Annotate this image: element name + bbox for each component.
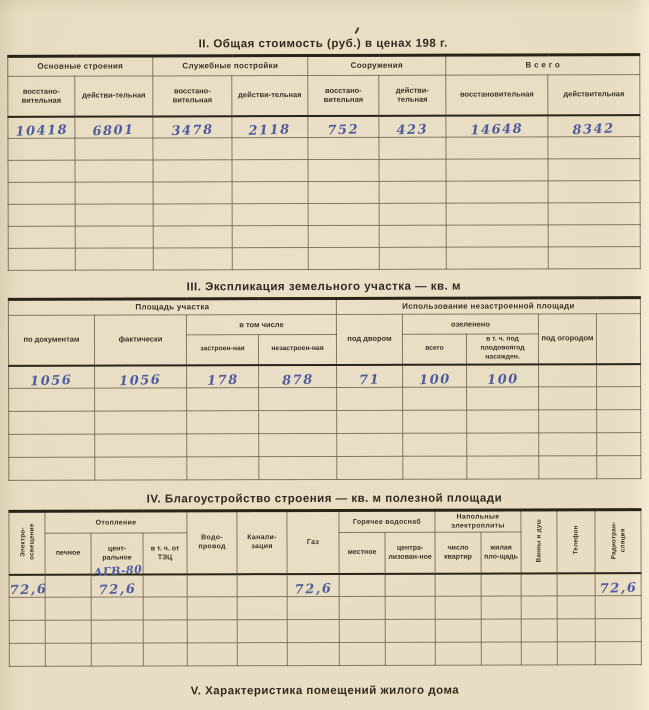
cell [385, 619, 435, 642]
cell [385, 573, 435, 596]
group-heating: Отопление [45, 511, 187, 534]
cell [237, 597, 287, 620]
cell [232, 226, 308, 248]
cell [467, 456, 539, 479]
cell [557, 642, 595, 665]
cell [153, 160, 232, 182]
handwritten-value: 752 [327, 122, 359, 138]
col-local: местное [339, 533, 385, 574]
cell [237, 574, 287, 597]
handwritten-value: 72,6 [9, 582, 47, 598]
cell [95, 411, 187, 434]
cell [446, 159, 548, 181]
group-service-buildings: Служебные постройки [153, 56, 308, 76]
group-unbuilt-use: Использование незастроенной площади [336, 298, 640, 315]
group-header-row: Площадь участка Использование незастроен… [8, 298, 640, 316]
cell [75, 226, 153, 248]
cell [9, 620, 45, 643]
group-header-row: Электро-освещение Отопление Водо-провод … [9, 510, 641, 534]
cell [91, 597, 143, 620]
empty-row [8, 137, 640, 161]
cell [597, 456, 641, 479]
col-header: действи-тельная [379, 75, 446, 115]
cell [75, 204, 153, 226]
col-bath-shower: Ванны и душ [521, 510, 557, 573]
empty-row [9, 387, 641, 412]
handwritten-value: 1056 [119, 373, 162, 390]
col-sewerage: Канали-зация [237, 511, 287, 574]
cell [379, 225, 446, 247]
cell [435, 596, 481, 619]
empty-row [9, 433, 641, 458]
cell [259, 433, 337, 456]
cell [187, 574, 237, 597]
empty-row [9, 456, 641, 481]
empty-row [9, 410, 641, 435]
cell [539, 456, 597, 479]
cell [153, 138, 232, 160]
col-under-yard: под двором [336, 314, 402, 364]
section3-title: III. Экспликация земельного участка — кв… [8, 269, 640, 298]
vertical-label: Телефон [571, 513, 580, 567]
cell [187, 388, 259, 411]
col-total: всего [402, 334, 466, 364]
group-greened: озеленено [402, 314, 538, 334]
mid-header-row: по документам фактически в том числе под… [8, 314, 640, 336]
col-water-supply: Водо-провод [187, 511, 237, 574]
col-header: действи-тельная [75, 76, 153, 116]
col-orchard: в т. ч. под плодовоягод насажден. [466, 334, 538, 364]
group-electric-stoves: Напольные электроплиты [435, 510, 521, 532]
cell [446, 137, 548, 159]
cell [8, 182, 75, 204]
col-header: восстано-вительная [8, 76, 75, 116]
handwritten-value: 6801 [93, 123, 136, 140]
cell [557, 596, 595, 619]
cell [481, 573, 521, 596]
cell [95, 434, 187, 457]
cell [287, 643, 339, 666]
cell: 100 [467, 364, 539, 387]
cell [446, 181, 548, 203]
cell [9, 643, 45, 666]
cell [379, 137, 446, 159]
col-header: действи-тельная [232, 76, 308, 116]
section5-title: V. Характеристика помещений жилого дома [9, 665, 641, 698]
cell [187, 411, 259, 434]
cell [9, 434, 95, 457]
cell [595, 642, 641, 665]
cell [153, 248, 232, 270]
vertical-label: Ванны и душ [534, 513, 543, 567]
cell [403, 456, 467, 479]
cell [467, 410, 539, 433]
cell [337, 387, 403, 410]
cell [337, 410, 403, 433]
cell [548, 159, 640, 181]
cell [379, 203, 446, 225]
cell [548, 247, 640, 269]
cell: 71 [337, 364, 403, 387]
col-from-tec: в т. ч. от ТЭЦ [143, 533, 187, 574]
cell [548, 181, 640, 203]
cell [75, 160, 153, 182]
sub-header-row: восстано-вительная действи-тельная восст… [8, 75, 640, 117]
cell [521, 573, 557, 596]
cell [339, 620, 385, 643]
cell [481, 596, 521, 619]
cell [385, 596, 435, 619]
cell [539, 387, 597, 410]
col-electric-lighting: Электро-освещение [9, 511, 45, 574]
cell [446, 247, 548, 269]
col-header: восстано-вительная [153, 76, 232, 116]
cell [337, 456, 403, 479]
cell [232, 204, 308, 226]
cell [8, 160, 75, 182]
cell [45, 574, 91, 597]
cell [259, 410, 337, 433]
handwritten-value: 3478 [171, 123, 214, 140]
cell [187, 457, 259, 480]
group-including: в том числе [186, 314, 336, 334]
cell [95, 457, 187, 480]
cell [521, 619, 557, 642]
cell [557, 619, 595, 642]
section2-title: II. Общая стоимость (руб.) в ценах 198 г… [7, 0, 639, 55]
cell [548, 225, 640, 247]
handwritten-value: 72,6 [294, 582, 332, 598]
col-header: действительная [548, 75, 640, 115]
cell: 423 [379, 115, 446, 137]
handwritten-value: 8342 [573, 122, 616, 139]
handwritten-value: 423 [396, 122, 428, 138]
cell [9, 411, 95, 434]
cell [75, 248, 153, 270]
cell [259, 387, 337, 410]
cell [95, 388, 187, 411]
cell [232, 138, 308, 160]
empty-row [9, 619, 641, 644]
cell [9, 388, 95, 411]
col-actual: фактически [94, 315, 186, 365]
cell [308, 247, 379, 269]
cell [75, 182, 153, 204]
col-built-up: застроен-ная [186, 335, 258, 365]
group-header-row: Основные строения Служебные постройки Со… [8, 55, 640, 77]
cell [539, 433, 597, 456]
cell [337, 433, 403, 456]
land-plot-table: Площадь участка Использование незастроен… [8, 296, 641, 481]
cell [521, 596, 557, 619]
cell [287, 597, 339, 620]
cell [308, 159, 379, 181]
cell [548, 203, 640, 225]
empty-row [8, 159, 640, 183]
cell: 878 [259, 364, 337, 387]
cell [308, 137, 379, 159]
cell [539, 364, 597, 387]
cell [45, 643, 91, 666]
empty-row [9, 596, 641, 621]
cell [597, 364, 641, 387]
cell [597, 410, 641, 433]
cell: 8342 [548, 115, 640, 137]
cell: 1056 [95, 365, 187, 388]
cell [75, 138, 153, 160]
cell [557, 573, 595, 596]
cell [467, 387, 539, 410]
cell [153, 204, 232, 226]
cell [435, 573, 481, 596]
vertical-label: Радиотран-сляция [609, 513, 627, 567]
cell [259, 456, 337, 479]
cell [379, 181, 446, 203]
cell [339, 643, 385, 666]
handwritten-value: 878 [282, 372, 314, 388]
empty-row [8, 181, 640, 205]
vertical-label: Электро-освещение [18, 515, 36, 569]
cell [143, 620, 187, 643]
cell [481, 642, 521, 665]
col-by-documents: по документам [8, 315, 94, 365]
col-central-heating-label: цент-ральное [102, 545, 131, 561]
form-content: II. Общая стоимость (руб.) в ценах 198 г… [7, 0, 641, 698]
cell: 10418 [8, 116, 75, 138]
cell [339, 574, 385, 597]
cell [446, 203, 548, 225]
col-living-area: жилая пло-щадь [481, 532, 521, 573]
cell: 72,6 [595, 573, 641, 596]
cell [481, 619, 521, 642]
section4-title: IV. Благоустройство строения — кв. м пол… [8, 479, 640, 510]
group-main-buildings: Основные строения [8, 56, 153, 76]
cell [143, 597, 187, 620]
cell [91, 643, 143, 666]
col-apartment-count: число квартир [435, 532, 481, 573]
group-total: В с е г о [446, 55, 640, 76]
col-header: восстановительная [446, 75, 548, 115]
cell: 14648 [446, 115, 548, 137]
cell: 72,6 [9, 574, 45, 597]
cell [91, 620, 143, 643]
amenities-table: Электро-освещение Отопление Водо-провод … [8, 508, 641, 667]
cell: 2118 [232, 116, 308, 138]
handwritten-value: 10418 [15, 123, 68, 140]
handwritten-value: 72,6 [599, 581, 637, 597]
handwritten-value: 72,6 [98, 582, 136, 598]
group-hot-water: Горячее водоснаб [339, 510, 435, 532]
empty-row [9, 642, 641, 667]
cell [308, 225, 379, 247]
cell [287, 620, 339, 643]
handwritten-data-row: 1056 1056 178 878 71 100 100 [9, 364, 641, 389]
empty-row [8, 225, 640, 249]
cell [232, 182, 308, 204]
cell [435, 619, 481, 642]
cell [435, 642, 481, 665]
cell: 752 [308, 115, 379, 137]
col-not-built-up: незастроен-ная [258, 334, 336, 364]
col-stove-heating: печное [45, 533, 91, 574]
cell [595, 619, 641, 642]
cell [187, 620, 237, 643]
cell: 1056 [9, 365, 95, 388]
cell [403, 410, 467, 433]
cell [8, 248, 75, 270]
empty-row [8, 203, 640, 227]
cell [385, 642, 435, 665]
cell [597, 387, 641, 410]
cell [339, 597, 385, 620]
cell [232, 248, 308, 270]
cell [187, 434, 259, 457]
cell [467, 433, 539, 456]
cell: 3478 [153, 116, 232, 138]
scanned-inventory-form-page: II. Общая стоимость (руб.) в ценах 198 г… [0, 0, 649, 710]
cell [8, 138, 75, 160]
col-header: восстано-вительная [308, 75, 379, 115]
cell [521, 642, 557, 665]
cell [597, 433, 641, 456]
cell [379, 247, 446, 269]
cell [595, 596, 641, 619]
total-cost-table: Основные строения Служебные постройки Со… [7, 53, 641, 271]
cell [8, 204, 75, 226]
handwritten-value: 14648 [470, 122, 523, 139]
cell [45, 620, 91, 643]
cell [379, 159, 446, 181]
cell [308, 181, 379, 203]
cell [45, 597, 91, 620]
col-gas: Газ [287, 510, 339, 573]
col-under-garden: под огородом [538, 314, 596, 364]
cell [143, 643, 187, 666]
group-structures: Сооружения [308, 55, 446, 75]
cell [237, 643, 287, 666]
cell [187, 597, 237, 620]
cell [187, 643, 237, 666]
handwritten-value: 1056 [30, 373, 73, 390]
col-centralized: центра-лизован-ное [385, 532, 435, 573]
cell: 178 [187, 365, 259, 388]
col-central-heating: цент-ральное АГВ-80 [91, 533, 143, 574]
cell [143, 574, 187, 597]
col-radio: Радиотран-сляция [595, 510, 641, 573]
col-telephone: Телефон [557, 510, 595, 573]
cell [403, 433, 467, 456]
cell [237, 620, 287, 643]
cell [8, 226, 75, 248]
handwritten-value: 178 [207, 373, 239, 389]
cell [232, 160, 308, 182]
cell [153, 182, 232, 204]
cell [539, 410, 597, 433]
empty-row [8, 247, 640, 271]
handwritten-value: 100 [419, 372, 451, 388]
group-plot-area: Площадь участка [8, 298, 336, 315]
handwritten-value: 100 [487, 372, 519, 388]
cell [446, 225, 548, 247]
handwritten-value: 71 [359, 372, 381, 388]
cell [308, 203, 379, 225]
col-blank [596, 314, 640, 364]
cell: 100 [403, 364, 467, 387]
cell [548, 137, 640, 159]
cell [9, 457, 95, 480]
cell [9, 597, 45, 620]
handwritten-data-row: 10418 6801 3478 2118 752 423 14648 8342 [8, 115, 640, 139]
cell [403, 387, 467, 410]
cell: 72,6 [287, 574, 339, 597]
handwritten-value: 2118 [249, 122, 292, 139]
cell [153, 226, 232, 248]
cell: 6801 [75, 116, 153, 138]
